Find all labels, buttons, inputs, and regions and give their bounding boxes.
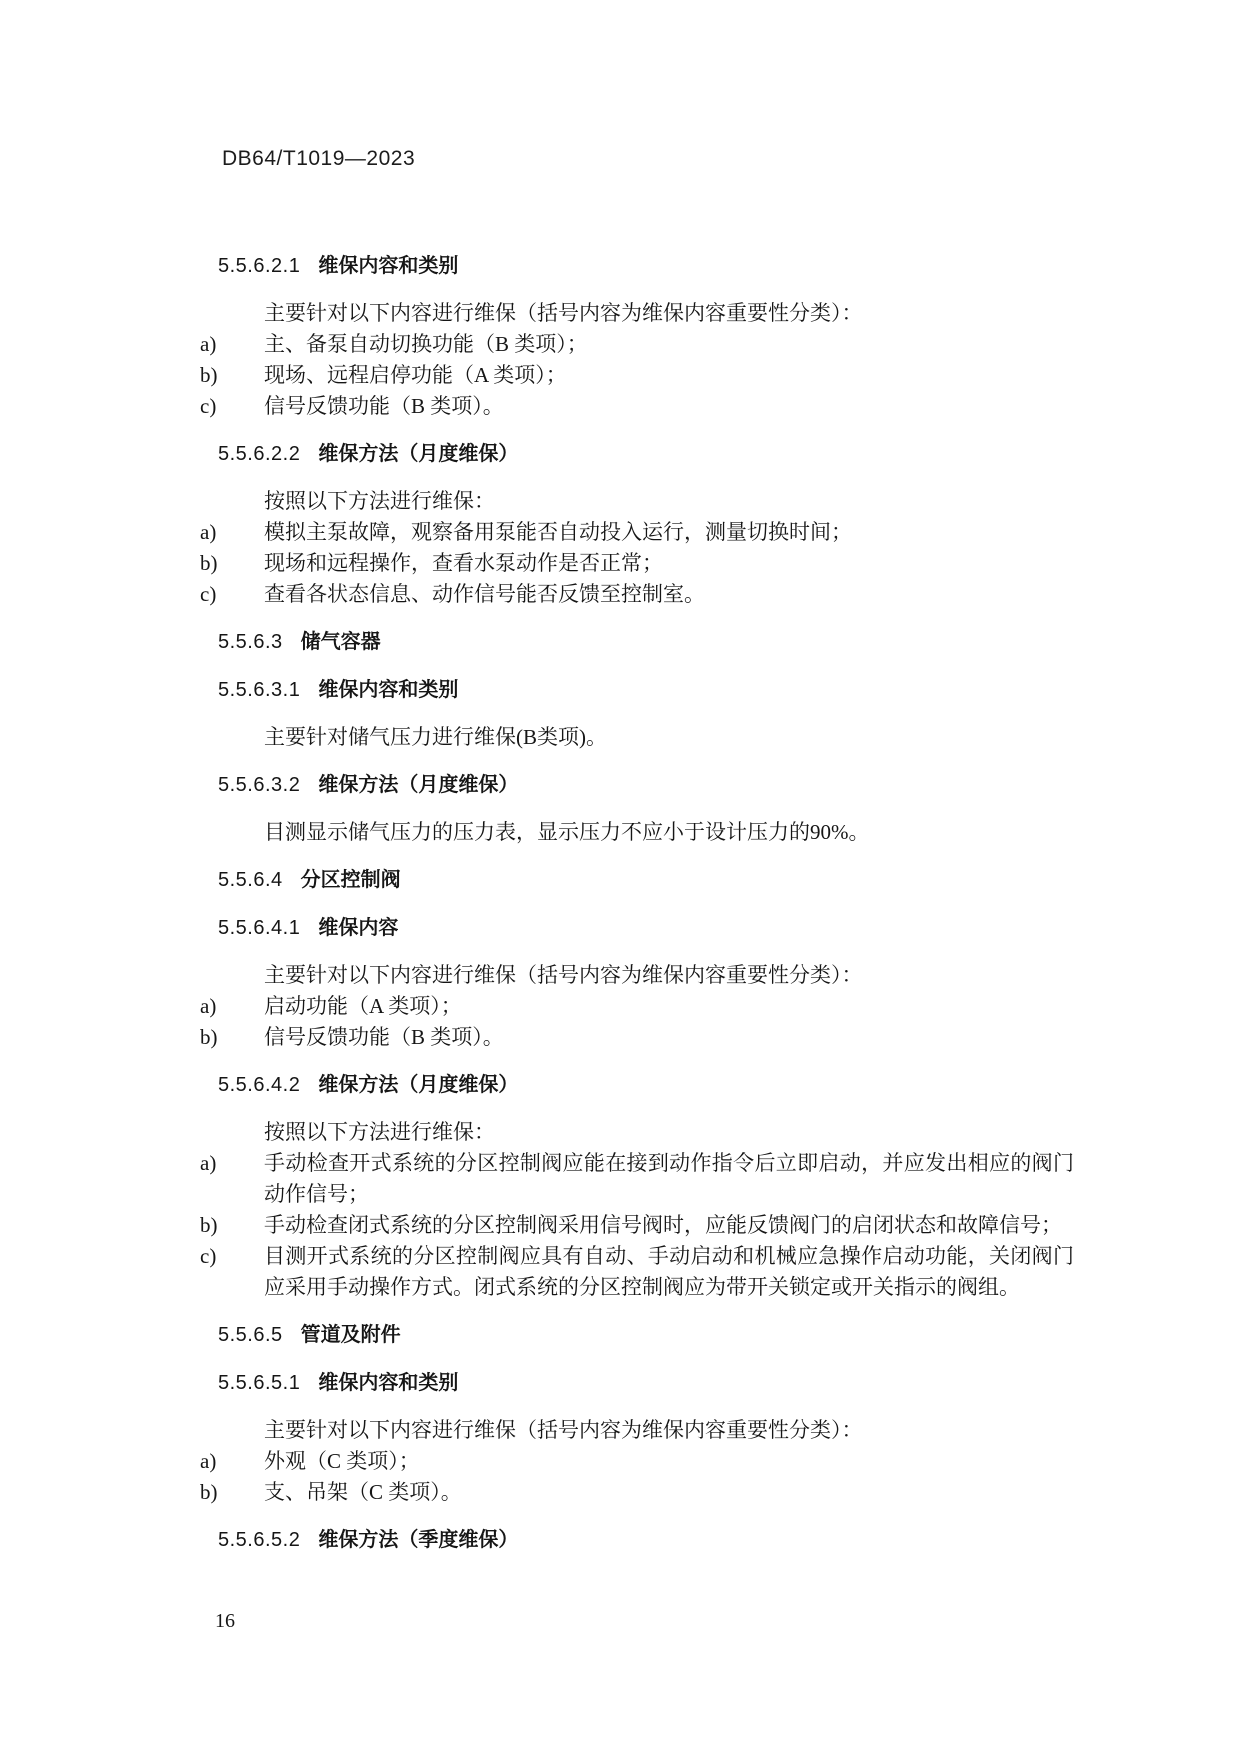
list-item-label: a) (200, 991, 264, 1022)
section-title: 维保方法（月度维保） (318, 1072, 518, 1096)
section-number: 5.5.6.4.1 (218, 917, 300, 939)
list-item-text: 信号反馈功能（B 类项）。 (264, 391, 1074, 422)
section-number: 5.5.6.3.2 (218, 774, 300, 796)
list-item-text: 主、备泵自动切换功能（B 类项）； (264, 329, 1074, 360)
list-item-label: a) (200, 1148, 264, 1179)
section-number: 5.5.6.2.2 (218, 443, 300, 465)
list-item: c)查看各状态信息、动作信号能否反馈至控制室。 (200, 579, 1094, 610)
list-item-text: 手动检查开式系统的分区控制阀应能在接到动作指令后立即启动，并应发出相应的阀门动作… (264, 1148, 1074, 1210)
section-title: 维保内容和类别 (318, 1370, 458, 1394)
section-title: 储气容器 (301, 629, 381, 653)
section-heading: 5.5.6.5管道及附件 (218, 1319, 1094, 1351)
list-item-text: 现场、远程启停功能（A 类项）； (264, 360, 1074, 391)
section-title: 维保方法（月度维保） (318, 441, 518, 465)
list-item-text: 模拟主泵故障，观察备用泵能否自动投入运行，测量切换时间； (264, 517, 1074, 548)
section-title: 维保内容 (318, 915, 398, 939)
list-item-text: 信号反馈功能（B 类项）。 (264, 1022, 1074, 1053)
paragraph: 主要针对以下内容进行维保（括号内容为维保内容重要性分类）： (218, 960, 1094, 991)
paragraph: 主要针对以下内容进行维保（括号内容为维保内容重要性分类）： (218, 298, 1094, 329)
section-number: 5.5.6.4 (218, 869, 283, 891)
list-item: c)目测开式系统的分区控制阀应具有自动、手动启动和机械应急操作启动功能，关闭阀门… (200, 1241, 1094, 1303)
list-item: b)支、吊架（C 类项）。 (200, 1477, 1094, 1508)
section-title: 维保内容和类别 (318, 677, 458, 701)
section-number: 5.5.6.5 (218, 1324, 283, 1346)
list-item-text: 查看各状态信息、动作信号能否反馈至控制室。 (264, 579, 1074, 610)
list-item: b)现场、远程启停功能（A 类项）； (200, 360, 1094, 391)
list-item-text: 手动检查闭式系统的分区控制阀采用信号阀时，应能反馈阀门的启闭状态和故障信号； (264, 1210, 1074, 1241)
list-item: a)手动检查开式系统的分区控制阀应能在接到动作指令后立即启动，并应发出相应的阀门… (200, 1148, 1094, 1210)
list-item-label: b) (200, 548, 264, 579)
list-item-label: c) (200, 391, 264, 422)
list-item-label: a) (200, 517, 264, 548)
list-item: a)模拟主泵故障，观察备用泵能否自动投入运行，测量切换时间； (200, 517, 1094, 548)
paragraph: 按照以下方法进行维保： (218, 1117, 1094, 1148)
list-item: a)外观（C 类项）； (200, 1446, 1094, 1477)
list-item-label: c) (200, 579, 264, 610)
list-item: a)主、备泵自动切换功能（B 类项）； (200, 329, 1094, 360)
list-item: b)手动检查闭式系统的分区控制阀采用信号阀时，应能反馈阀门的启闭状态和故障信号； (200, 1210, 1094, 1241)
list-item-label: b) (200, 1477, 264, 1508)
section-heading: 5.5.6.4分区控制阀 (218, 864, 1094, 896)
list-item-text: 目测开式系统的分区控制阀应具有自动、手动启动和机械应急操作启动功能，关闭阀门应采… (264, 1241, 1074, 1303)
list-item-text: 启动功能（A 类项）； (264, 991, 1074, 1022)
list-item-text: 支、吊架（C 类项）。 (264, 1477, 1074, 1508)
paragraph: 按照以下方法进行维保： (218, 486, 1094, 517)
paragraph: 主要针对以下内容进行维保（括号内容为维保内容重要性分类）： (218, 1415, 1094, 1446)
section-heading: 5.5.6.2.1维保内容和类别 (218, 250, 1094, 282)
list-item-label: c) (200, 1241, 264, 1272)
section-number: 5.5.6.3 (218, 631, 283, 653)
list-item-text: 现场和远程操作，查看水泵动作是否正常； (264, 548, 1074, 579)
document-code-header: DB64/T1019—2023 (222, 147, 415, 171)
section-number: 5.5.6.3.1 (218, 679, 300, 701)
section-heading: 5.5.6.2.2维保方法（月度维保） (218, 438, 1094, 470)
paragraph: 目测显示储气压力的压力表，显示压力不应小于设计压力的90%。 (218, 817, 1094, 848)
section-heading: 5.5.6.4.1维保内容 (218, 912, 1094, 944)
list-item: b)现场和远程操作，查看水泵动作是否正常； (200, 548, 1094, 579)
section-heading: 5.5.6.5.1维保内容和类别 (218, 1367, 1094, 1399)
page-number: 16 (215, 1606, 235, 1637)
list-item-label: b) (200, 360, 264, 391)
section-title: 维保方法（月度维保） (318, 772, 518, 796)
list-item: c)信号反馈功能（B 类项）。 (200, 391, 1094, 422)
document-body: 5.5.6.2.1维保内容和类别 主要针对以下内容进行维保（括号内容为维保内容重… (200, 234, 1094, 1572)
paragraph: 主要针对储气压力进行维保(B类项)。 (218, 722, 1094, 753)
section-number: 5.5.6.5.1 (218, 1372, 300, 1394)
section-heading: 5.5.6.4.2维保方法（月度维保） (218, 1069, 1094, 1101)
section-number: 5.5.6.4.2 (218, 1074, 300, 1096)
list-item: b)信号反馈功能（B 类项）。 (200, 1022, 1094, 1053)
section-heading: 5.5.6.3.1维保内容和类别 (218, 674, 1094, 706)
document-page: DB64/T1019—2023 5.5.6.2.1维保内容和类别 主要针对以下内… (0, 0, 1241, 1755)
list-item-label: b) (200, 1022, 264, 1053)
list-item-label: a) (200, 329, 264, 360)
section-title: 维保方法（季度维保） (318, 1527, 518, 1551)
section-title: 管道及附件 (301, 1322, 401, 1346)
section-title: 维保内容和类别 (318, 253, 458, 277)
section-title: 分区控制阀 (301, 867, 401, 891)
section-number: 5.5.6.5.2 (218, 1529, 300, 1551)
section-heading: 5.5.6.3储气容器 (218, 626, 1094, 658)
list-item-text: 外观（C 类项）； (264, 1446, 1074, 1477)
list-item-label: a) (200, 1446, 264, 1477)
section-heading: 5.5.6.3.2维保方法（月度维保） (218, 769, 1094, 801)
list-item: a)启动功能（A 类项）； (200, 991, 1094, 1022)
list-item-label: b) (200, 1210, 264, 1241)
section-heading: 5.5.6.5.2维保方法（季度维保） (218, 1524, 1094, 1556)
section-number: 5.5.6.2.1 (218, 255, 300, 277)
